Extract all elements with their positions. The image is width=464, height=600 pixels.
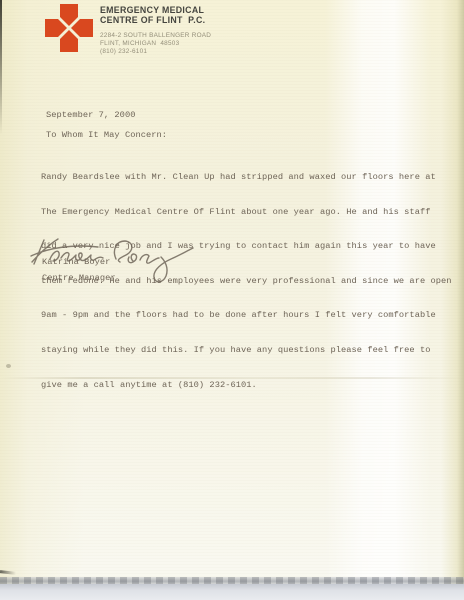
- body-line: 9am - 9pm and the floors had to be done …: [41, 308, 452, 323]
- address-line1: 2284-2 SOUTH BALLENGER ROAD: [100, 32, 211, 40]
- letter-date: September 7, 2000: [46, 110, 135, 120]
- salutation: To Whom It May Concern:: [46, 130, 167, 140]
- org-address: 2284-2 SOUTH BALLENGER ROAD FLINT, MICHI…: [100, 32, 211, 56]
- scanned-letter: EMERGENCY MEDICAL CENTRE OF FLINT P.C. 2…: [0, 0, 464, 600]
- body-line: Randy Beardslee with Mr. Clean Up had st…: [41, 170, 452, 185]
- paper-bottom-edge: [0, 577, 464, 584]
- address-line2: FLINT, MICHIGAN 48503: [100, 40, 211, 48]
- address-line3: (810) 232-6101: [100, 48, 211, 56]
- signed-title: Centre Manager: [42, 273, 116, 283]
- org-name-line2: CENTRE OF FLINT P.C.: [100, 15, 211, 25]
- org-name-line1: EMERGENCY MEDICAL: [100, 5, 211, 15]
- paper-crease: [0, 377, 464, 379]
- letterhead: EMERGENCY MEDICAL CENTRE OF FLINT P.C. 2…: [0, 0, 464, 60]
- left-edge-shadow: [0, 0, 2, 135]
- letterhead-text: EMERGENCY MEDICAL CENTRE OF FLINT P.C. 2…: [100, 5, 211, 56]
- body-line: The Emergency Medical Centre Of Flint ab…: [41, 205, 452, 220]
- body-line: give me a call anytime at (810) 232-6101…: [41, 378, 452, 393]
- signed-name: Katrina Boyer: [42, 257, 110, 267]
- scanner-bed: [0, 584, 464, 600]
- scan-speck: [6, 364, 11, 368]
- red-cross-logo: [45, 4, 93, 52]
- corner-mark: [0, 570, 16, 575]
- body-line: staying while they did this. If you have…: [41, 343, 452, 358]
- letter-page: EMERGENCY MEDICAL CENTRE OF FLINT P.C. 2…: [0, 0, 464, 584]
